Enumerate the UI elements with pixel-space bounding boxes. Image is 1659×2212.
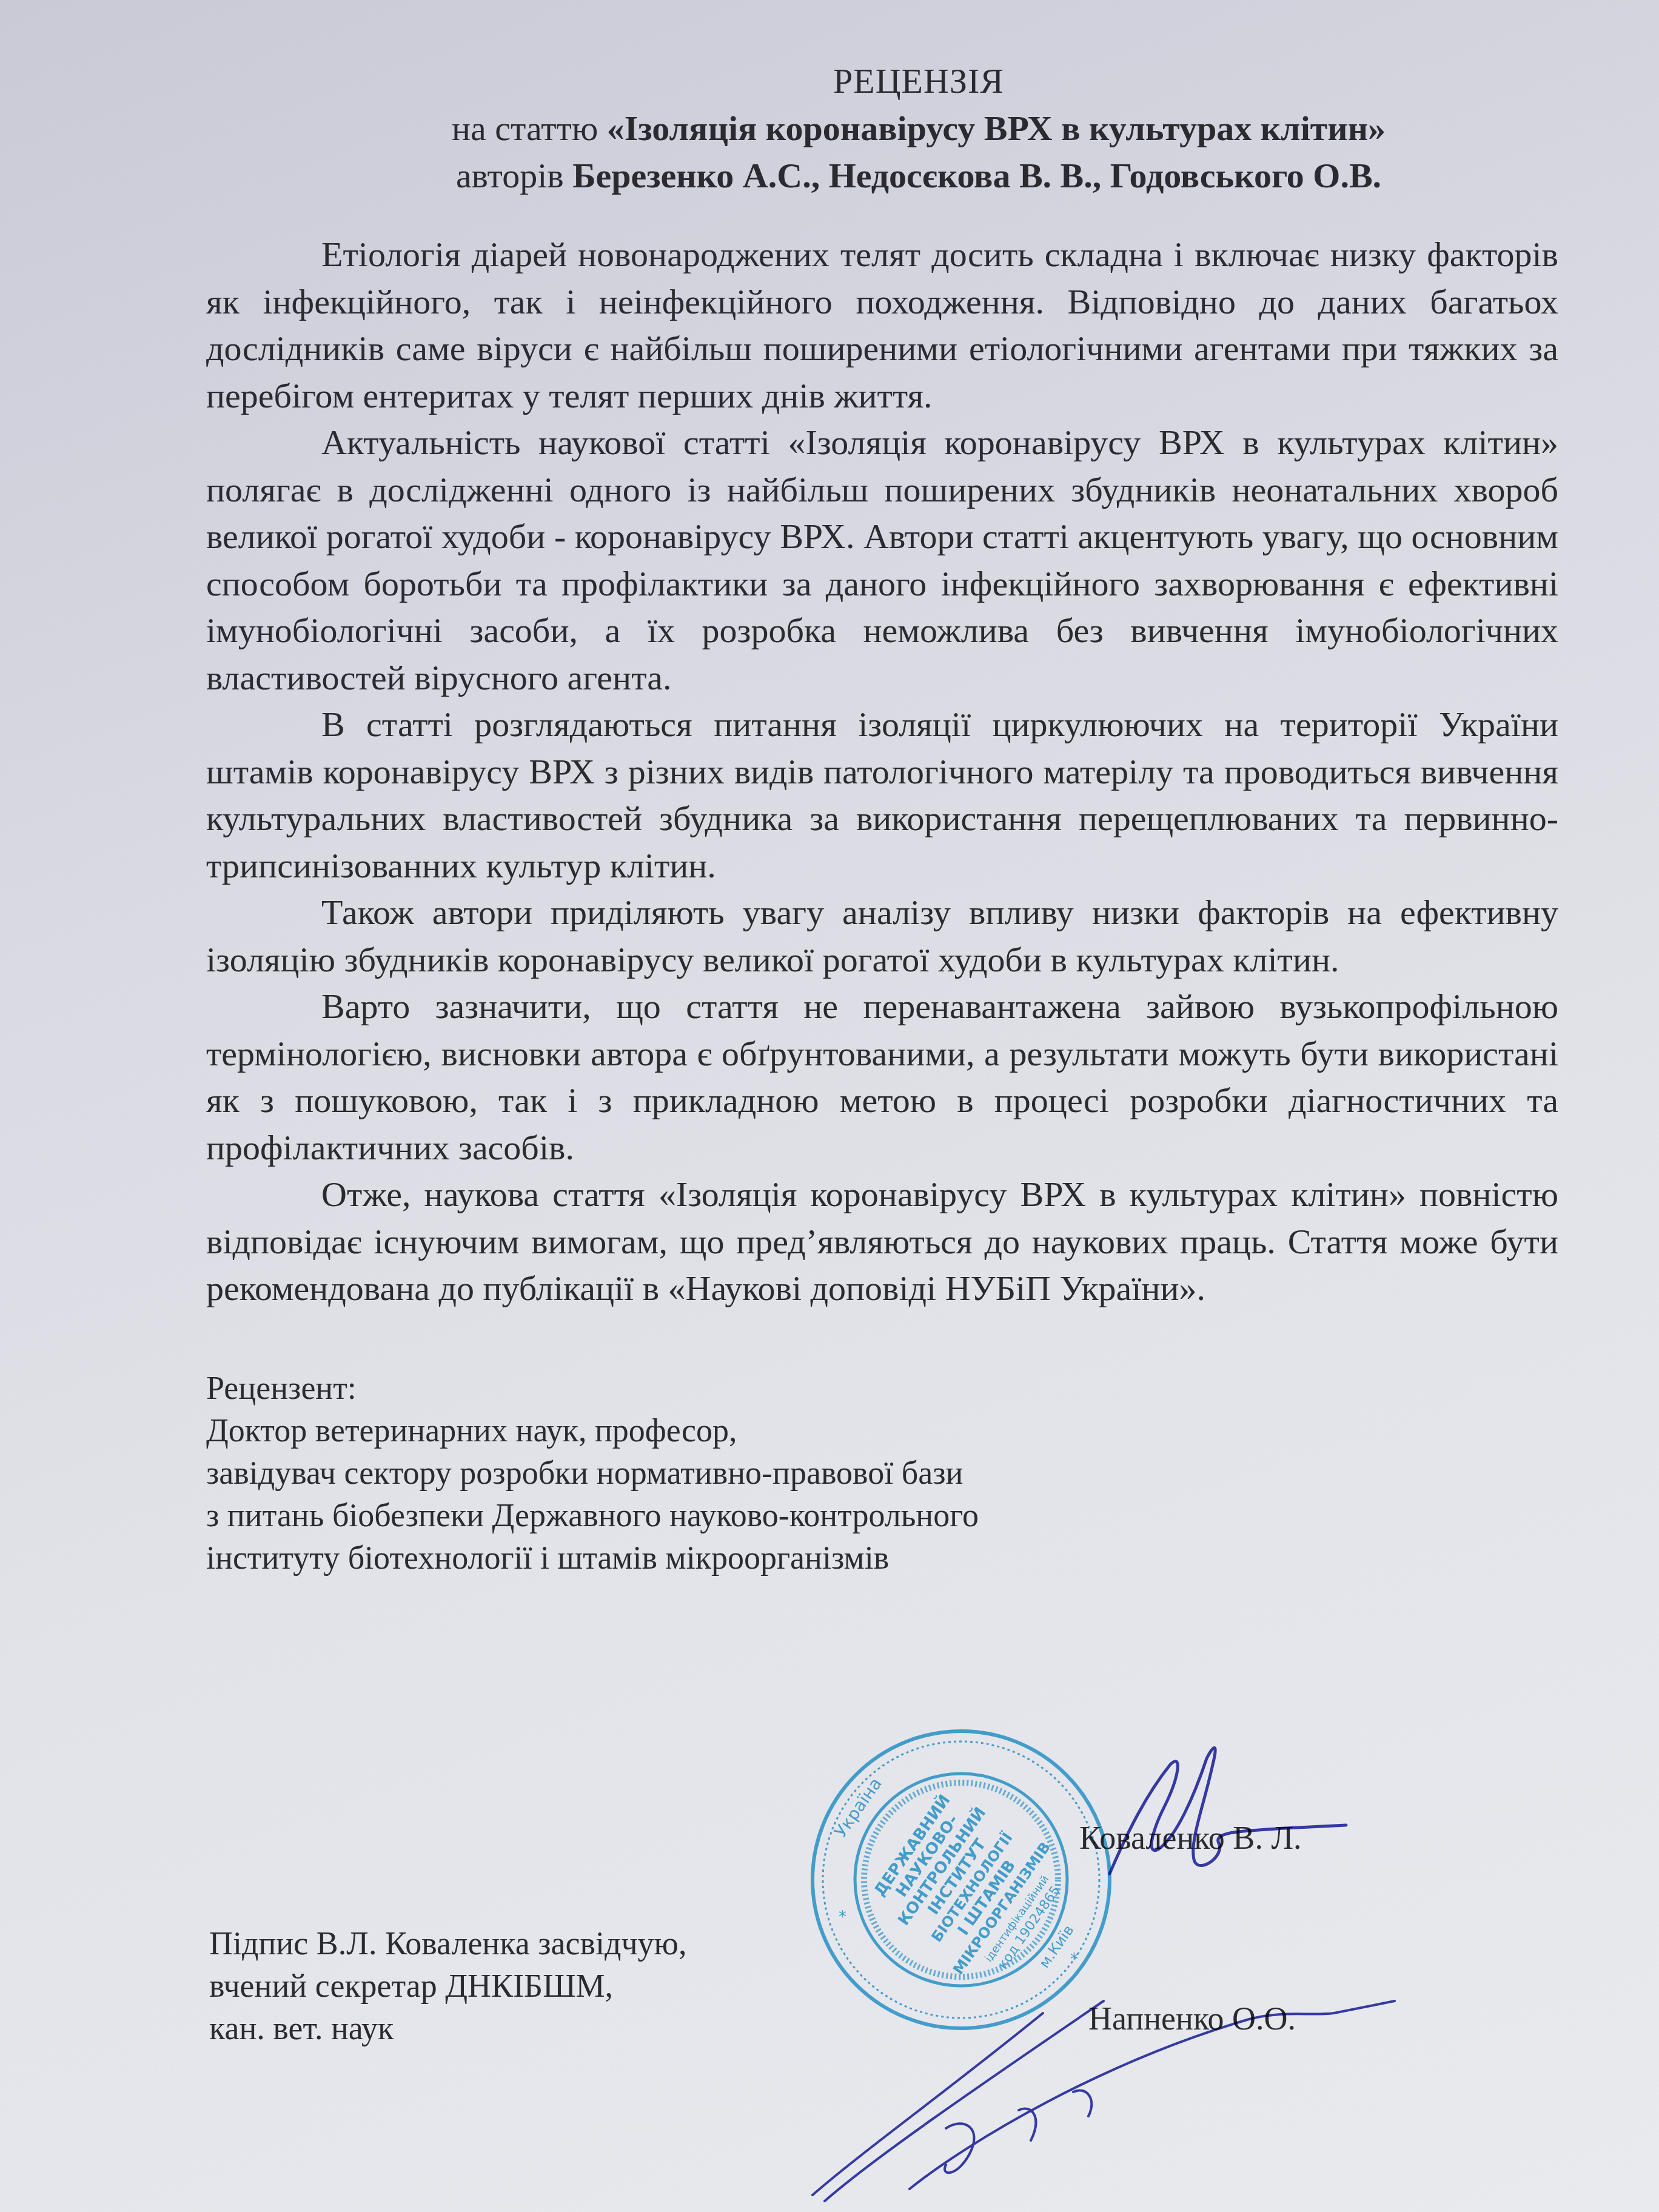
- article-line: на статтю «Ізоляція коронавірусу ВРХ в к…: [279, 105, 1558, 152]
- document-title: РЕЦЕНЗІЯ: [279, 58, 1558, 105]
- review-document: РЕЦЕНЗІЯ на статтю «Ізоляція коронавірус…: [206, 58, 1558, 1579]
- paragraph-scope: В статті розглядаються питання ізоляції …: [206, 701, 1558, 889]
- reviewer-signature: [1091, 1722, 1395, 1904]
- document-header: РЕЦЕНЗІЯ на статтю «Ізоляція коронавірус…: [279, 58, 1558, 199]
- reviewer-degree: Доктор ветеринарних наук, професор,: [206, 1409, 1558, 1452]
- reviewer-block: Рецензент: Доктор ветеринарних наук, про…: [206, 1367, 1558, 1579]
- paragraph-conclusion: Отже, наукова стаття «Ізоляція коронавір…: [206, 1171, 1558, 1312]
- paragraph-assessment: Варто зазначити, що стаття не перенавант…: [206, 983, 1558, 1171]
- stamp-country: Україна: [830, 1774, 885, 1842]
- authors-prefix: авторів: [456, 156, 572, 195]
- certifier-degree: кан. вет. наук: [209, 2007, 686, 2049]
- review-body: Етіологія діарей новонароджених телят до…: [206, 231, 1558, 1312]
- reviewer-department: з питань біобезпеки Державного науково-к…: [206, 1494, 1558, 1537]
- paragraph-etiology: Етіологія діарей новонароджених телят до…: [206, 231, 1558, 419]
- authors-names: Березенко А.С., Недосєкова В. В., Годовс…: [572, 156, 1381, 195]
- subtitle-prefix: на статтю: [452, 109, 607, 148]
- paragraph-factors: Також автори приділяють увагу аналізу вп…: [206, 889, 1558, 983]
- certifier-signature: [788, 1910, 1425, 2212]
- reviewer-position: завідувач сектору розробки нормативно-пр…: [206, 1452, 1558, 1494]
- certification-statement: Підпис В.Л. Коваленка засвідчую,: [209, 1922, 686, 1965]
- reviewer-institute: інституту біотехнології і штамів мікроор…: [206, 1537, 1558, 1579]
- paragraph-relevance: Актуальність наукової статті «Ізоляція к…: [206, 419, 1558, 701]
- article-title: «Ізоляція коронавірусу ВРХ в культурах к…: [607, 109, 1386, 148]
- reviewer-label: Рецензент:: [206, 1367, 1558, 1409]
- authors-line: авторів Березенко А.С., Недосєкова В. В.…: [279, 152, 1558, 199]
- certification-block: Підпис В.Л. Коваленка засвідчую, вчений …: [209, 1922, 686, 2049]
- certifier-position: вчений секретар ДНКІБШМ,: [209, 1965, 686, 2007]
